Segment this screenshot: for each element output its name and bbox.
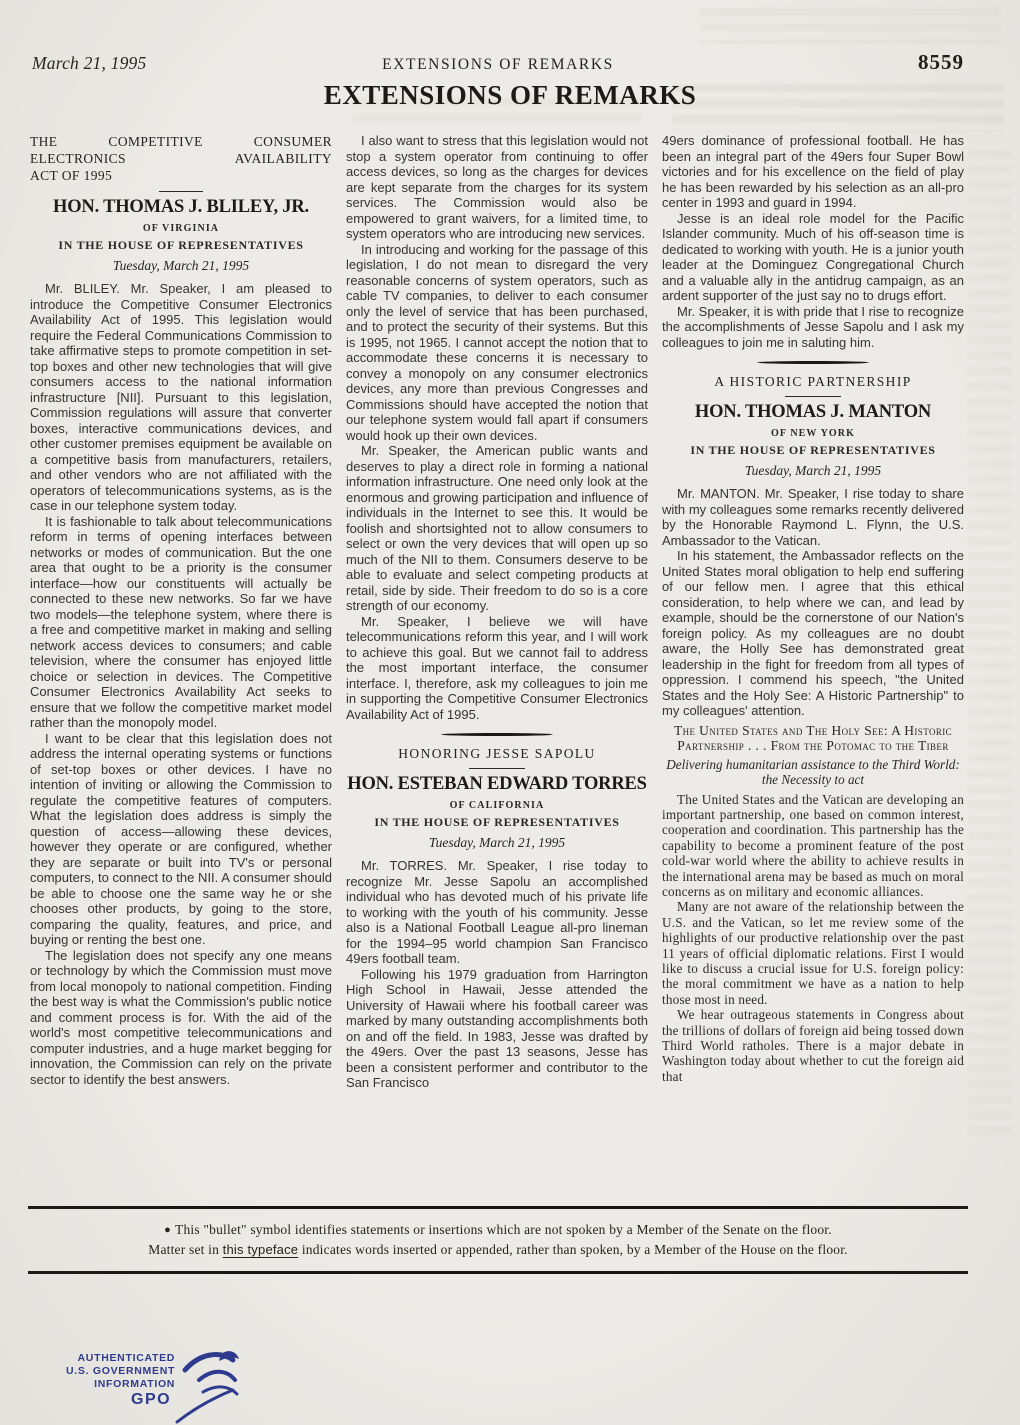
article-2-body-continued: 49ers dominance of professional football… xyxy=(662,133,964,350)
paragraph: Mr. BLILEY. Mr. Speaker, I am pleased to… xyxy=(30,281,332,514)
article-1-speaker-state: OF VIRGINIA xyxy=(30,223,332,234)
heading-rule xyxy=(159,191,203,192)
article-3-speaker-name: HON. THOMAS J. MANTON xyxy=(662,402,964,423)
article-1-heading-line: ELECTRONICS AVAILABILITY xyxy=(30,150,332,167)
column-1: THE COMPETITIVE CONSUMER ELECTRONICS AVA… xyxy=(30,133,332,1193)
running-page-number: 8559 xyxy=(744,50,964,75)
gpo-logo-line: U.S. GOVERNMENT xyxy=(66,1365,175,1378)
senate-note-text: This "bullet" symbol identifies statemen… xyxy=(175,1222,832,1237)
inserted-speech-subtitle: Delivering humanitarian assistance to th… xyxy=(666,757,960,787)
inserted-speech-body: The United States and the Vatican are de… xyxy=(662,792,964,1085)
page-title: EXTENSIONS OF REMARKS xyxy=(0,80,1020,111)
article-1-body-continued: I also want to stress that this legislat… xyxy=(346,133,648,722)
house-typeface-note: Matter set in this typeface indicates wo… xyxy=(28,1242,968,1258)
article-1-chamber: IN THE HOUSE OF REPRESENTATIVES xyxy=(30,238,332,253)
column-3: 49ers dominance of professional football… xyxy=(662,133,964,1193)
paragraph-continuation: 49ers dominance of professional football… xyxy=(662,133,964,211)
paragraph: Mr. Speaker, I believe we will have tele… xyxy=(346,614,648,723)
gpo-logo-line: AUTHENTICATED xyxy=(66,1352,175,1365)
paragraph: Mr. Speaker, it is with pride that I ris… xyxy=(662,304,964,351)
paragraph: I also want to stress that this legislat… xyxy=(346,133,648,242)
paragraph: Mr. TORRES. Mr. Speaker, I rise today to… xyxy=(346,858,648,967)
article-1-body: Mr. BLILEY. Mr. Speaker, I am pleased to… xyxy=(30,281,332,1087)
article-1-speaker-name: HON. THOMAS J. BLILEY, JR. xyxy=(30,197,332,218)
footer-note-box: ●This "bullet" symbol identifies stateme… xyxy=(28,1206,968,1274)
paragraph: In introducing and working for the passa… xyxy=(346,242,648,444)
article-2-body: Mr. TORRES. Mr. Speaker, I rise today to… xyxy=(346,858,648,1091)
running-date: March 21, 1995 xyxy=(32,53,252,74)
typeface-note-suffix: indicates words inserted or appended, ra… xyxy=(298,1242,848,1257)
gpo-authentication-logo: AUTHENTICATED U.S. GOVERNMENT INFORMATIO… xyxy=(66,1352,241,1425)
inserted-speech-title: The United States and The Holy See: A Hi… xyxy=(662,723,964,754)
three-column-text-area: THE COMPETITIVE CONSUMER ELECTRONICS AVA… xyxy=(30,133,964,1193)
bleedthrough-artifact xyxy=(700,8,1000,44)
gpo-eagle-icon xyxy=(169,1348,241,1425)
paragraph: We hear outrageous statements in Congres… xyxy=(662,1007,964,1084)
article-3-heading: A HISTORIC PARTNERSHIP xyxy=(662,373,964,390)
congressional-record-page: March 21, 1995 EXTENSIONS OF REMARKS 855… xyxy=(0,0,1020,1425)
paragraph: Following his 1979 graduation from Harri… xyxy=(346,967,648,1091)
column-2: I also want to stress that this legislat… xyxy=(346,133,648,1193)
senate-bullet-note: ●This "bullet" symbol identifies stateme… xyxy=(28,1222,968,1238)
paragraph: Mr. MANTON. Mr. Speaker, I rise today to… xyxy=(662,486,964,548)
paragraph: I want to be clear that this legislation… xyxy=(30,731,332,948)
article-separator xyxy=(757,361,869,364)
article-2-speaker-state: OF CALIFORNIA xyxy=(346,800,648,811)
running-header: March 21, 1995 EXTENSIONS OF REMARKS 855… xyxy=(32,50,964,75)
article-2-speaker-name: HON. ESTEBAN EDWARD TORRES xyxy=(346,774,648,795)
typeface-sample: this typeface xyxy=(223,1242,299,1257)
article-1-heading-line: ACT OF 1995 xyxy=(30,167,332,184)
article-1-heading-line: THE COMPETITIVE CONSUMER xyxy=(30,133,332,150)
article-2-date: Tuesday, March 21, 1995 xyxy=(346,835,648,851)
typeface-note-prefix: Matter set in xyxy=(148,1242,222,1257)
paragraph: Mr. Speaker, the American public wants a… xyxy=(346,443,648,614)
article-3-date: Tuesday, March 21, 1995 xyxy=(662,463,964,479)
article-1-heading: THE COMPETITIVE CONSUMER ELECTRONICS AVA… xyxy=(30,133,332,184)
paragraph: In his statement, the Ambassador reflect… xyxy=(662,548,964,719)
heading-rule xyxy=(469,768,525,769)
heading-rule xyxy=(785,396,841,397)
bullet-icon: ● xyxy=(164,1224,175,1236)
gpo-logo-text: AUTHENTICATED U.S. GOVERNMENT INFORMATIO… xyxy=(66,1352,175,1425)
running-journal-title: EXTENSIONS OF REMARKS xyxy=(252,56,744,74)
paragraph: Many are not aware of the relationship b… xyxy=(662,899,964,1007)
article-3-speaker-state: OF NEW YORK xyxy=(662,428,964,439)
article-2-chamber: IN THE HOUSE OF REPRESENTATIVES xyxy=(346,815,648,830)
article-3-body: Mr. MANTON. Mr. Speaker, I rise today to… xyxy=(662,486,964,719)
article-1-date: Tuesday, March 21, 1995 xyxy=(30,258,332,274)
article-separator xyxy=(441,733,553,736)
paragraph: The United States and the Vatican are de… xyxy=(662,792,964,900)
article-3-chamber: IN THE HOUSE OF REPRESENTATIVES xyxy=(662,443,964,458)
paragraph: It is fashionable to talk about telecomm… xyxy=(30,514,332,731)
bleedthrough-artifact xyxy=(968,150,1012,1140)
gpo-logo-acronym: GPO xyxy=(66,1393,175,1406)
gpo-logo-line: INFORMATION xyxy=(66,1378,175,1391)
paragraph: The legislation does not specify any one… xyxy=(30,948,332,1088)
article-2-heading: HONORING JESSE SAPOLU xyxy=(346,745,648,762)
paragraph: Jesse is an ideal role model for the Pac… xyxy=(662,211,964,304)
